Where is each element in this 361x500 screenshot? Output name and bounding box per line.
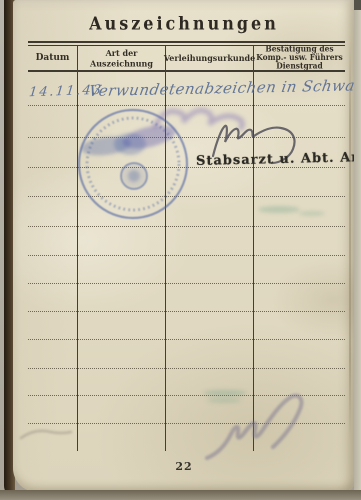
document-page: Auszeichnungen Datum Art der Auszeichnun… bbox=[13, 0, 355, 492]
header-line-3: Dienstgrad bbox=[276, 62, 323, 70]
green-ink-smudge bbox=[299, 211, 325, 216]
green-ink-smudge bbox=[258, 206, 300, 213]
adjacent-page-edge bbox=[354, 0, 361, 494]
photo-background-bottom bbox=[0, 490, 361, 500]
faint-pencil-signature bbox=[195, 396, 323, 468]
photo-of-wehrpass-page: Auszeichnungen Datum Art der Auszeichnun… bbox=[0, 0, 361, 500]
table-row-line bbox=[28, 283, 345, 284]
column-header-art: Art der Auszeichnung bbox=[78, 45, 165, 70]
faint-pencil-mark bbox=[17, 422, 79, 448]
double-rule-top bbox=[28, 41, 345, 43]
page-title: Auszeichnungen bbox=[13, 13, 355, 34]
table-row-line bbox=[28, 339, 345, 340]
page-number: 22 bbox=[13, 460, 355, 473]
table-row-line bbox=[28, 255, 345, 256]
stamp-center-emblem bbox=[121, 163, 147, 189]
table-row-line bbox=[28, 368, 345, 369]
column-header-urkunde: Verleihungsurkunde bbox=[166, 45, 253, 70]
column-header-bestaetigung: Bestätigung des Komp.- usw. Führers Dien… bbox=[254, 45, 345, 70]
entry-award-handwriting: Verwundetenabzeichen in Schwarz bbox=[88, 76, 361, 100]
page-crease bbox=[349, 40, 351, 440]
photo-corner-dark bbox=[354, 0, 361, 10]
table-row-line bbox=[28, 311, 345, 312]
column-header-datum: Datum bbox=[28, 45, 77, 70]
